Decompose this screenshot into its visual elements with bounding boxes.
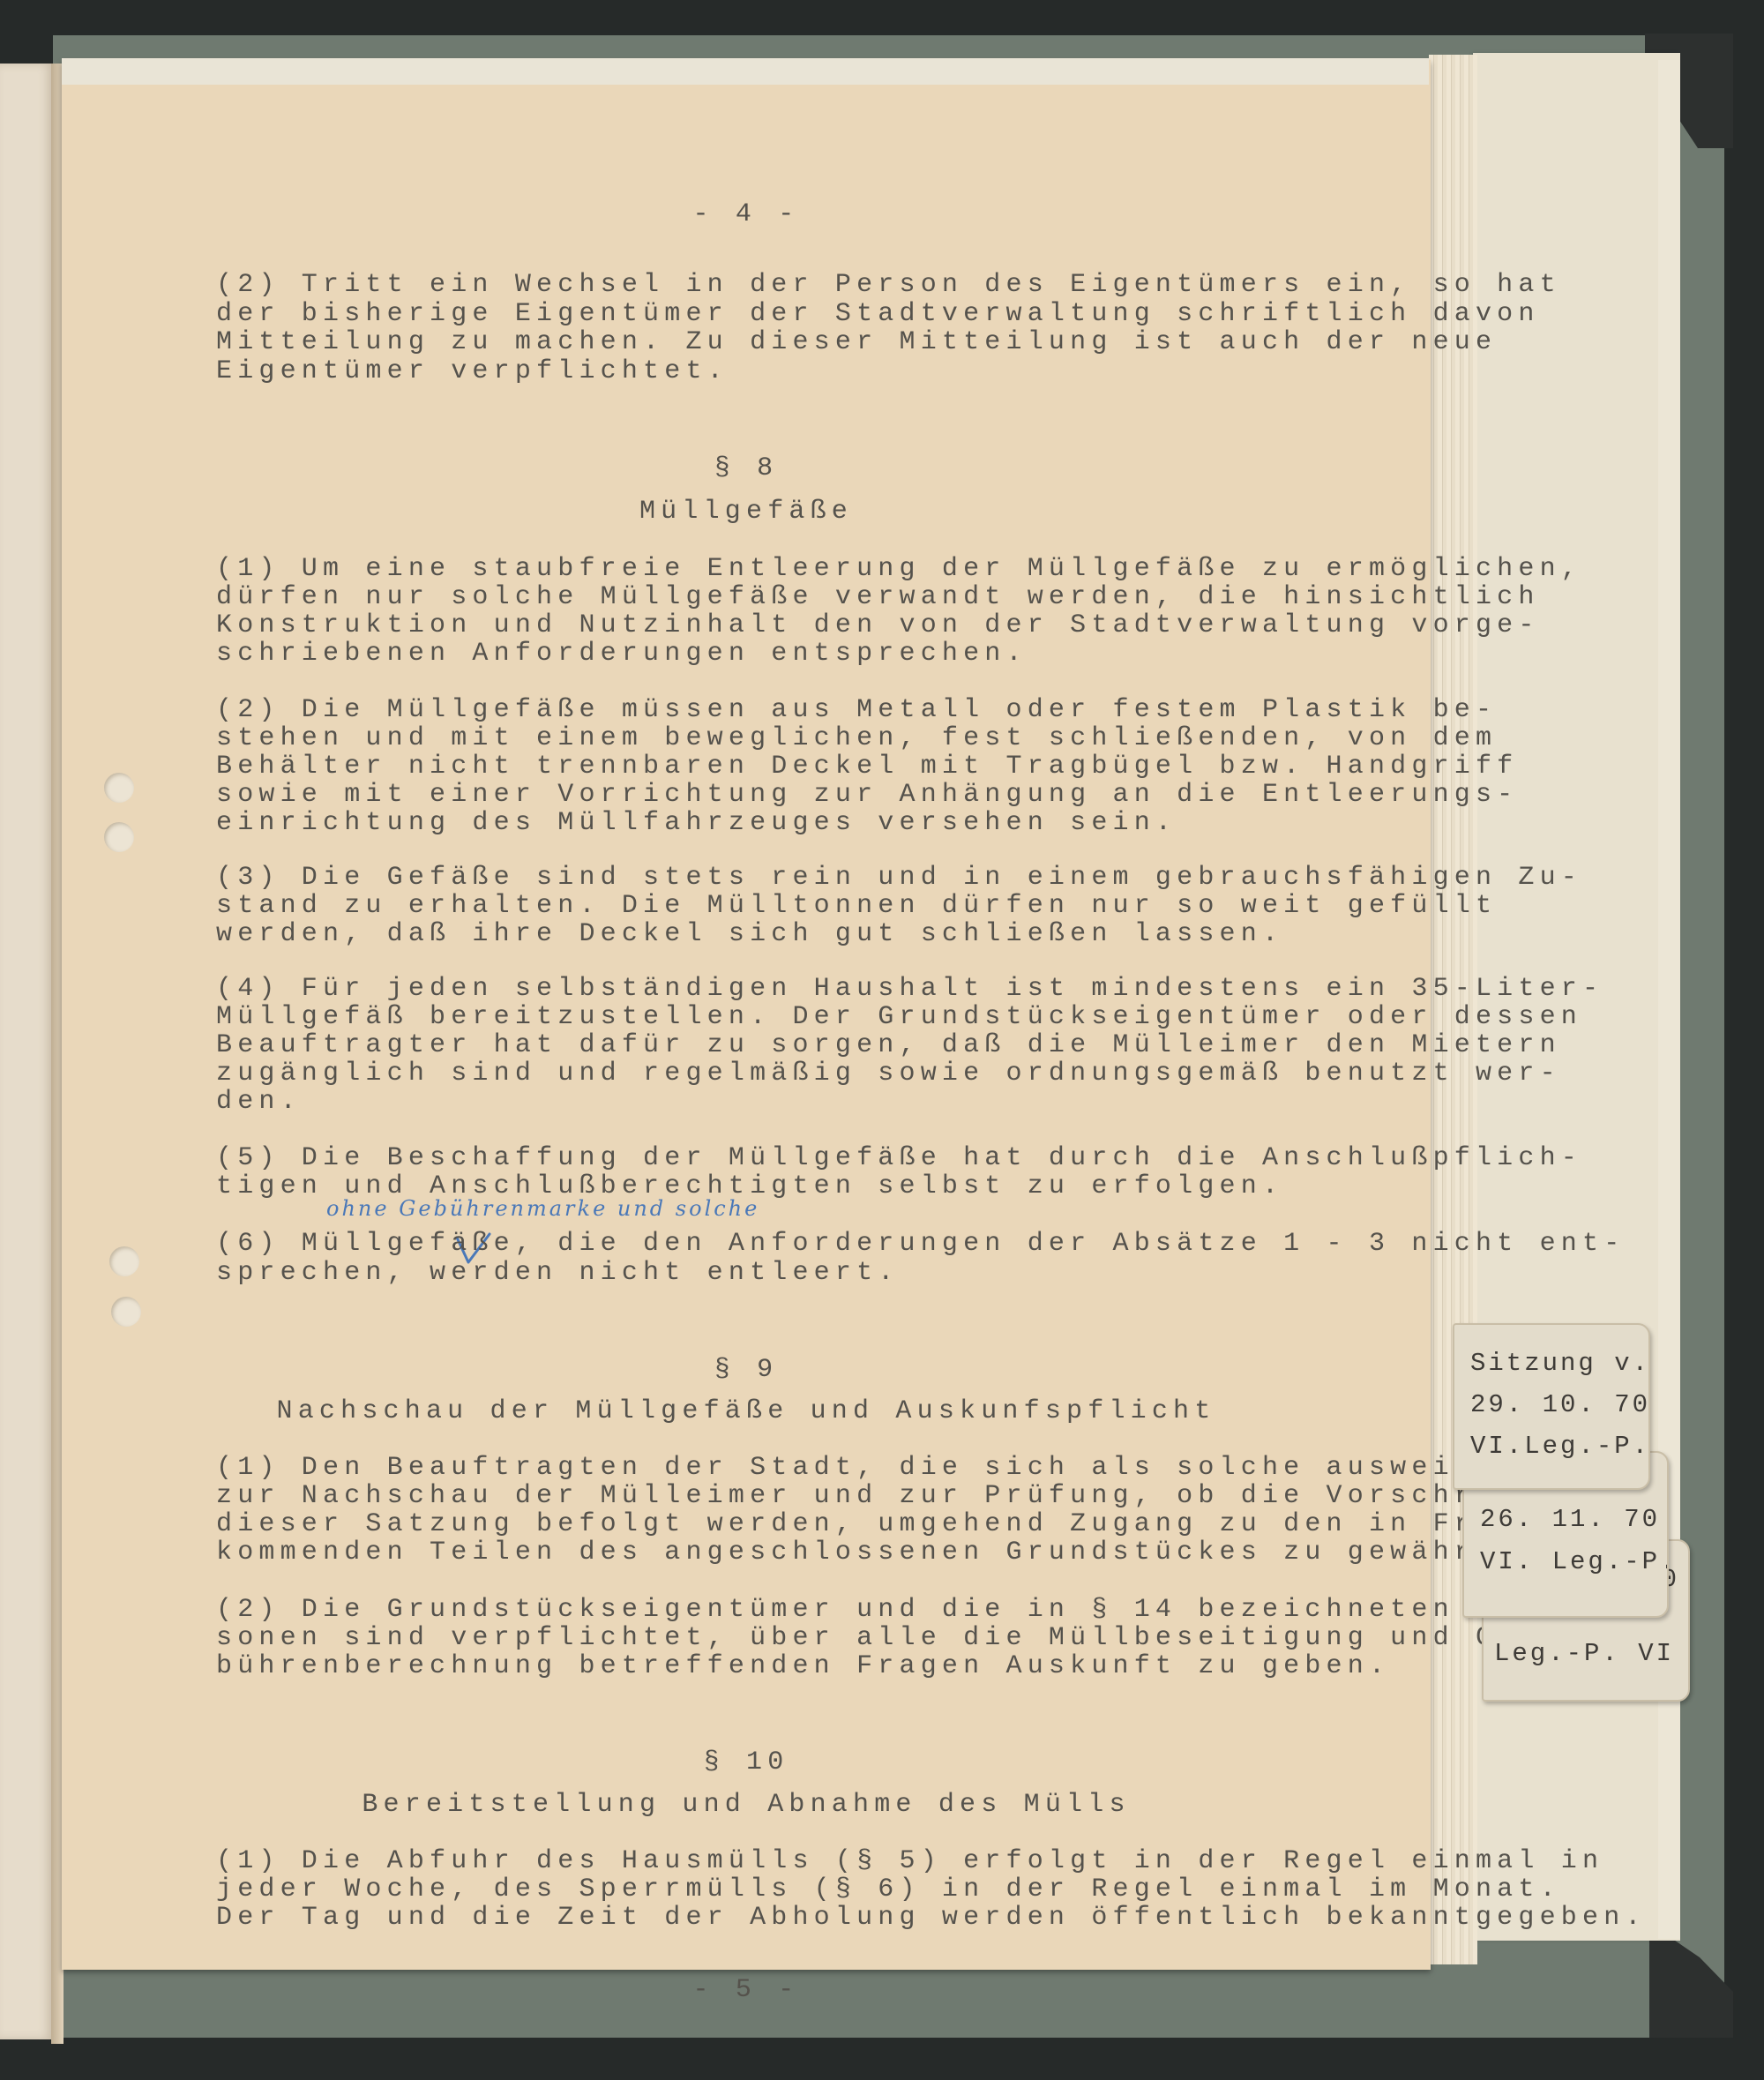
left-page-edge: [0, 64, 53, 2039]
page-number-header: - 4 -: [62, 200, 1431, 228]
text-line: sowie mit einer Vorrichtung zur Anhängun…: [216, 781, 1518, 809]
page-number-footer: - 5 -: [62, 1976, 1431, 2004]
text-line: (2) Tritt ein Wechsel in der Person des …: [216, 271, 1561, 299]
punch-hole: [111, 1297, 141, 1327]
text-line: (3) Die Gefäße sind stets rein und in ei…: [216, 864, 1582, 892]
text-line: Eigentümer verpflichtet.: [216, 357, 729, 385]
text-line: bührenberechnung betreffenden Fragen Aus…: [216, 1652, 1390, 1680]
text-line: Konstruktion und Nutzinhalt den von der …: [216, 611, 1540, 640]
handwritten-annotation: ohne Gebührenmarke und solche: [326, 1196, 759, 1221]
tab-line: VI. Leg.-P.: [1480, 1548, 1669, 1576]
section-title-9: Nachschau der Müllgefäße und Auskunfspfl…: [62, 1397, 1431, 1425]
text-line: der bisherige Eigentümer der Stadtverwal…: [216, 300, 1540, 328]
tab-line: VI.Leg.-P.: [1470, 1433, 1650, 1461]
tab-line: 26. 11. 70: [1480, 1506, 1660, 1534]
text-line: (1) Um eine staubfreie Entleerung der Mü…: [216, 555, 1582, 583]
text-line: zur Nachschau der Mülleimer und zur Prüf…: [216, 1482, 1582, 1510]
section-number-10: § 10: [62, 1748, 1431, 1777]
text-line: Der Tag und die Zeit der Abholung werden…: [216, 1904, 1647, 1932]
section-title-10: Bereitstellung und Abnahme des Mülls: [62, 1791, 1431, 1819]
text-line: Behälter nicht trennbaren Deckel mit Tra…: [216, 752, 1518, 781]
text-line: zugänglich sind und regelmäßig sowie ord…: [216, 1059, 1561, 1088]
text-line: stand zu erhalten. Die Mülltonnen dürfen…: [216, 892, 1497, 920]
section-title-8: Müllgefäße: [62, 498, 1431, 526]
text-line: stehen und mit einem beweglichen, fest s…: [216, 724, 1497, 752]
text-line: (2) Die Müllgefäße müssen aus Metall ode…: [216, 696, 1497, 724]
text-line: (6) Müllgefäße, die den Anforderungen de…: [216, 1230, 1625, 1258]
text-line: kommenden Teilen des angeschlossenen Gru…: [216, 1538, 1540, 1567]
tab-line: 29. 10. 70: [1470, 1391, 1650, 1419]
punch-hole: [104, 773, 134, 803]
underlying-page-strip: [62, 58, 1429, 85]
section-number-8: § 8: [62, 454, 1431, 483]
text-line: (2) Die Grundstückseigentümer und die in…: [216, 1596, 1561, 1624]
text-line: (5) Die Beschaffung der Müllgefäße hat d…: [216, 1144, 1582, 1172]
text-line: Mitteilung zu machen. Zu dieser Mitteilu…: [216, 328, 1497, 356]
text-line: einrichtung des Müllfahrzeuges versehen …: [216, 809, 1177, 837]
text-line: den.: [216, 1088, 302, 1116]
tab-line: Leg.-P. VI: [1494, 1640, 1674, 1668]
text-line: sonen sind verpflichtet, über alle die M…: [216, 1624, 1540, 1652]
text-line: werden, daß ihre Deckel sich gut schließ…: [216, 920, 1283, 948]
index-tab-1[interactable]: Sitzung v. 29. 10. 70 VI.Leg.-P.: [1453, 1323, 1650, 1490]
punch-hole: [109, 1246, 139, 1276]
text-line: dieser Satzung befolgt werden, umgehend …: [216, 1510, 1540, 1538]
tab-line: Sitzung v.: [1470, 1350, 1650, 1378]
punch-hole: [104, 822, 134, 852]
text-line: dürfen nur solche Müllgefäße verwandt we…: [216, 583, 1540, 611]
text-line: (4) Für jeden selbständigen Haushalt ist…: [216, 975, 1603, 1003]
text-line: Müllgefäß bereitzustellen. Der Grundstüc…: [216, 1003, 1582, 1031]
text-line: sprechen, werden nicht entleert.: [216, 1259, 900, 1287]
section-number-9: § 9: [62, 1356, 1431, 1384]
text-line: Beauftragter hat dafür zu sorgen, daß di…: [216, 1031, 1561, 1059]
text-line: (1) Den Beauftragten der Stadt, die sich…: [216, 1454, 1625, 1482]
text-line: jeder Woche, des Sperrmülls (§ 6) in der…: [216, 1875, 1561, 1904]
text-line: schriebenen Anforderungen entsprechen.: [216, 640, 1028, 668]
text-line: (1) Die Abfuhr des Hausmülls (§ 5) erfol…: [216, 1847, 1603, 1875]
